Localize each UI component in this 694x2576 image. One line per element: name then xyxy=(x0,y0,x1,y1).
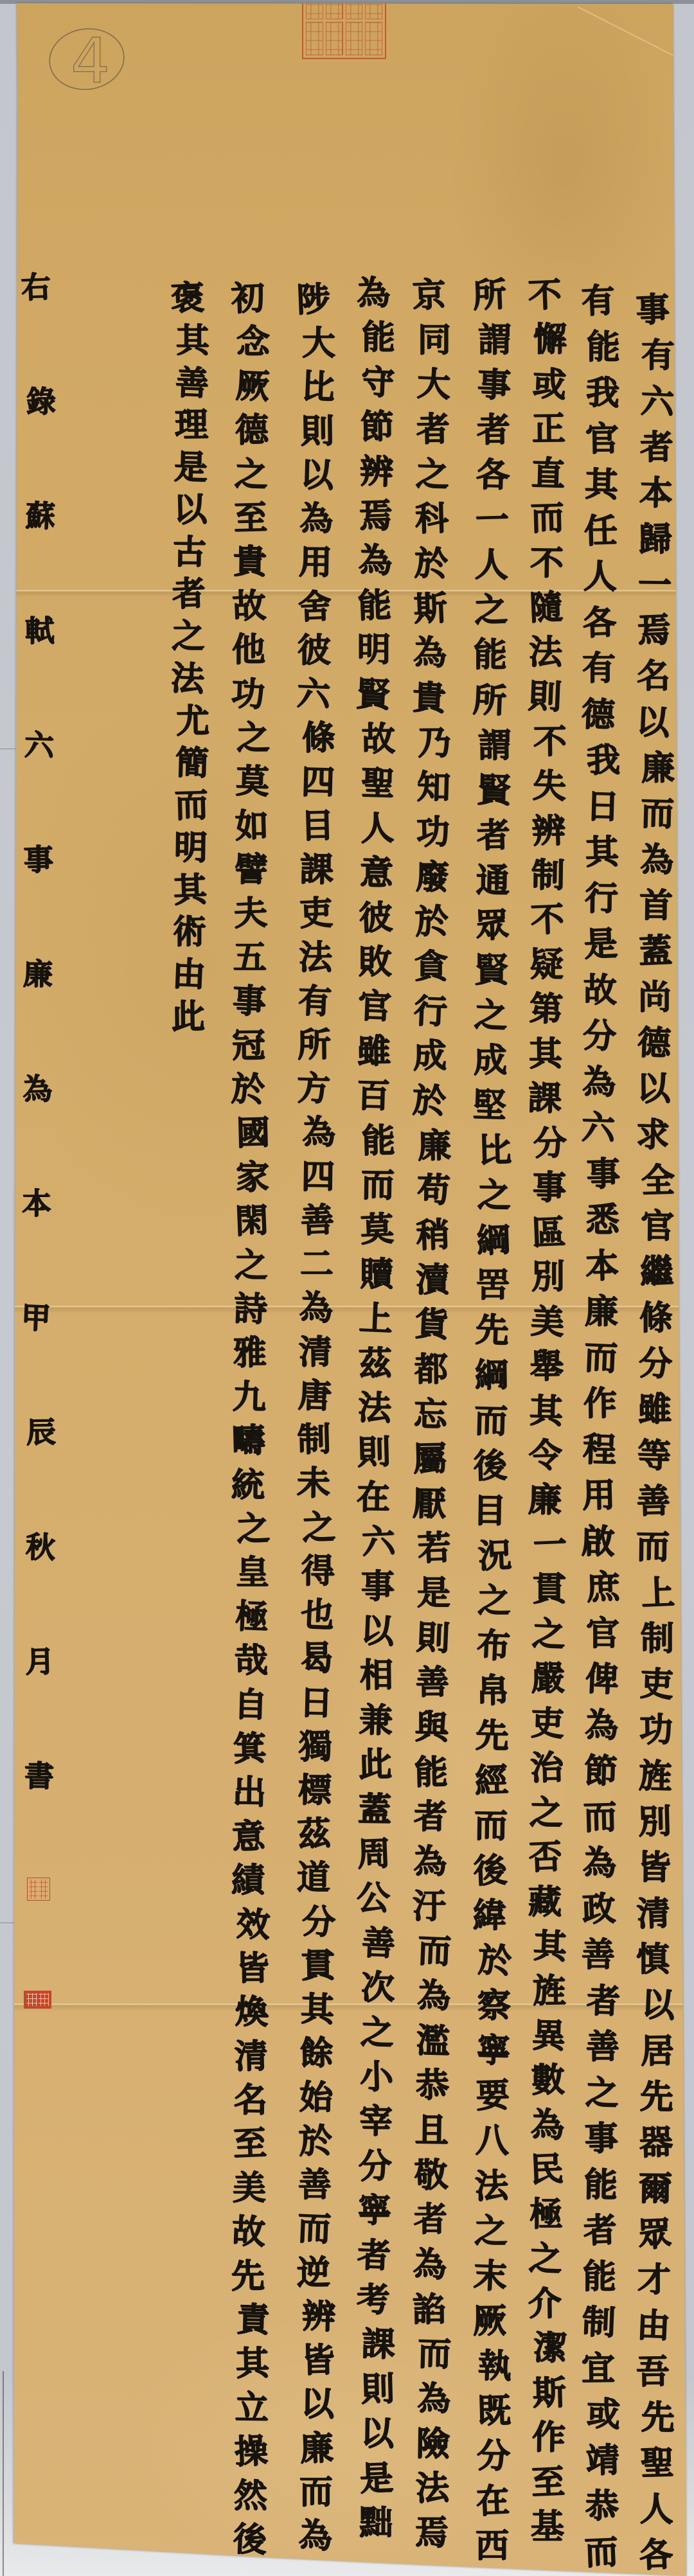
calligraphy-character: 斯 xyxy=(413,591,449,627)
calligraphy-character: 求 xyxy=(635,1117,670,1153)
calligraphy-character: 各 xyxy=(638,2537,674,2573)
calligraphy-character: 者 xyxy=(476,818,511,853)
calligraphy-character: 其 xyxy=(528,1036,564,1072)
calligraphy-character: 為 xyxy=(301,1115,336,1151)
calligraphy-character: 於 xyxy=(298,2124,334,2160)
calligraphy-character: 寧 xyxy=(357,2194,392,2228)
calligraphy-character: 之 xyxy=(474,2214,508,2249)
calligraphy-character: 恭 xyxy=(585,2489,620,2525)
calligraphy-character: 先 xyxy=(640,2400,675,2435)
calligraphy-character: 不 xyxy=(529,546,565,581)
calligraphy-character: 月 xyxy=(24,1646,55,1677)
collector-seal-top xyxy=(302,0,386,59)
calligraphy-character: 簡 xyxy=(174,746,209,781)
calligraphy-character: 以 xyxy=(635,705,671,741)
calligraphy-character: 他 xyxy=(231,633,266,668)
calligraphy-character: 基 xyxy=(530,2510,565,2545)
calligraphy-character: 考 xyxy=(356,2283,391,2318)
calligraphy-character: 焉 xyxy=(414,2516,449,2551)
calligraphy-character: 法 xyxy=(357,1390,392,1426)
calligraphy-character: 第 xyxy=(528,991,564,1027)
calligraphy-character: 疇 xyxy=(231,1423,266,1459)
calligraphy-character: 與 xyxy=(414,1710,449,1745)
calligraphy-character: 於 xyxy=(414,904,450,940)
calligraphy-character: 四 xyxy=(300,765,335,800)
calligraphy-character: 黜 xyxy=(359,2506,393,2541)
calligraphy-character: 察 xyxy=(477,1989,512,2024)
calligraphy-character: 尚 xyxy=(637,981,672,1015)
calligraphy-character: 善 xyxy=(174,365,210,401)
calligraphy-character: 自 xyxy=(233,1687,268,1723)
calligraphy-character: 所 xyxy=(472,682,508,718)
calligraphy-character: 京 xyxy=(411,278,447,314)
calligraphy-character: 能 xyxy=(586,330,621,365)
calligraphy-character: 則 xyxy=(356,1435,391,1471)
calligraphy-character: 善 xyxy=(581,1938,616,1973)
calligraphy-character: 故 xyxy=(583,973,618,1008)
calligraphy-character: 次 xyxy=(360,1971,396,2006)
calligraphy-character: 績 xyxy=(231,1863,265,1898)
calligraphy-character: 詩 xyxy=(233,1292,269,1328)
calligraphy-character: 以 xyxy=(299,457,334,493)
calligraphy-character: 名 xyxy=(233,2083,269,2119)
calligraphy-character: 汙 xyxy=(412,1890,447,1924)
calligraphy-character: 餘 xyxy=(299,2036,334,2072)
calligraphy-character: 而 xyxy=(416,2337,452,2372)
calligraphy-character: 統 xyxy=(231,1468,266,1503)
calligraphy-character: 則 xyxy=(360,2372,395,2407)
calligraphy-character: 綱 xyxy=(476,1223,512,1259)
calligraphy-character: 失 xyxy=(531,768,567,804)
calligraphy-character: 賢 xyxy=(474,954,509,988)
calligraphy-character: 為 xyxy=(639,842,674,878)
calligraphy-character: 若 xyxy=(416,1531,452,1567)
calligraphy-character: 以 xyxy=(172,492,208,528)
calligraphy-character: 在 xyxy=(475,2483,511,2519)
calligraphy-character: 政 xyxy=(581,1892,617,1928)
calligraphy-character: 法 xyxy=(298,941,333,975)
calligraphy-character: 則 xyxy=(415,1621,451,1657)
calligraphy-character: 者 xyxy=(171,576,207,612)
calligraphy-character: 爾 xyxy=(638,2171,673,2207)
calligraphy-character: 錄 xyxy=(26,386,57,417)
calligraphy-character: 日 xyxy=(585,789,620,824)
calligraphy-character: 日 xyxy=(298,1685,334,1721)
calligraphy-character: 雖 xyxy=(357,1034,392,1069)
calligraphy-character: 者 xyxy=(416,413,451,448)
calligraphy-character: 則 xyxy=(300,414,335,449)
calligraphy-character: 全 xyxy=(640,1163,675,1198)
calligraphy-character: 旌 xyxy=(532,1974,567,2009)
calligraphy-character: 器 xyxy=(638,2125,673,2160)
calligraphy-character: 贖 xyxy=(359,1257,394,1292)
calligraphy-character: 靖 xyxy=(585,2443,620,2478)
calligraphy-character: 故 xyxy=(231,589,267,625)
calligraphy-character: 茲 xyxy=(296,1817,332,1852)
calligraphy-character: 唐 xyxy=(297,1378,332,1414)
calligraphy-character: 者 xyxy=(413,1800,449,1835)
calligraphy-character: 令 xyxy=(528,1438,563,1473)
calligraphy-character: 上 xyxy=(358,1301,394,1337)
calligraphy-character: 箕 xyxy=(232,1731,267,1766)
calligraphy-character: 眾 xyxy=(474,908,510,944)
calligraphy-character: 八 xyxy=(475,2124,510,2159)
calligraphy-character: 蓋 xyxy=(637,934,673,970)
calligraphy-character: 為 xyxy=(355,276,391,312)
calligraphy-character: 於 xyxy=(477,1943,513,1979)
calligraphy-character: 分 xyxy=(357,2149,393,2185)
calligraphy-character: 大 xyxy=(301,326,336,361)
calligraphy-character: 官 xyxy=(640,1209,675,1245)
calligraphy-character: 異 xyxy=(531,2018,566,2054)
calligraphy-character: 能 xyxy=(582,2260,617,2295)
calligraphy-character: 夫 xyxy=(233,896,269,932)
calligraphy-character: 分 xyxy=(301,1905,337,1941)
calligraphy-character: 分 xyxy=(532,1126,567,1161)
calligraphy-character: 皆 xyxy=(637,1851,672,1886)
pencil-circled-number: 4 xyxy=(39,13,135,103)
calligraphy-character: 之 xyxy=(584,2075,619,2111)
calligraphy-character: 貨 xyxy=(414,1307,450,1343)
calligraphy-character: 廢 xyxy=(415,860,450,895)
calligraphy-character: 濫 xyxy=(415,2023,450,2059)
calligraphy-character: 意 xyxy=(359,856,395,891)
calligraphy-character: 帛 xyxy=(476,1673,511,1709)
scroll-paper: 4 事有六者本歸一焉名以廉而為首蓋尚德以求全官繼條分雖等善而上制吏功旌別皆清慎以… xyxy=(0,0,694,2576)
calligraphy-character: 之 xyxy=(473,998,509,1034)
calligraphy-character: 才 xyxy=(637,2263,672,2298)
calligraphy-character: 聖 xyxy=(639,2446,675,2482)
calligraphy-character: 善 xyxy=(636,1484,671,1519)
calligraphy-character: 如 xyxy=(234,808,269,844)
calligraphy-character: 之 xyxy=(477,1584,512,1619)
calligraphy-character: 綱 xyxy=(474,1358,510,1394)
calligraphy-character: 先 xyxy=(474,1313,510,1349)
calligraphy-character: 治 xyxy=(529,1750,564,1786)
calligraphy-character: 用 xyxy=(298,546,334,581)
calligraphy-character: 道 xyxy=(296,1861,331,1896)
calligraphy-character: 廉 xyxy=(22,959,54,990)
calligraphy-character: 貪 xyxy=(414,950,449,984)
calligraphy-character: 周 xyxy=(356,1836,392,1872)
calligraphy-character: 西 xyxy=(475,2529,510,2564)
calligraphy-character: 堅 xyxy=(472,1088,507,1123)
calligraphy-character: 極 xyxy=(234,1599,270,1635)
calligraphy-character: 經 xyxy=(474,1763,509,1799)
calligraphy-character: 故 xyxy=(231,2214,267,2250)
calligraphy-character: 而 xyxy=(360,1168,396,1204)
calligraphy-character: 有 xyxy=(582,652,616,686)
calligraphy-character: 術 xyxy=(172,915,207,950)
calligraphy-character: 責 xyxy=(235,2302,271,2338)
calligraphy-character: 俾 xyxy=(584,1662,620,1698)
calligraphy-character: 者 xyxy=(356,2237,392,2273)
calligraphy-character: 能 xyxy=(360,1123,396,1159)
calligraphy-character: 事 xyxy=(476,368,512,404)
calligraphy-character: 本 xyxy=(21,1188,52,1219)
calligraphy-character: 焉 xyxy=(636,613,672,649)
calligraphy-character: 褒 xyxy=(170,281,206,317)
calligraphy-character: 相 xyxy=(359,1658,395,1694)
calligraphy-character: 等 xyxy=(636,1438,672,1473)
calligraphy-character: 而 xyxy=(474,1809,509,1844)
calligraphy-character: 至 xyxy=(233,501,268,536)
calligraphy-character: 至 xyxy=(530,2464,566,2500)
calligraphy-character: 軾 xyxy=(24,615,56,646)
calligraphy-character: 吏 xyxy=(298,896,334,932)
calligraphy-character: 陟 xyxy=(296,282,332,318)
calligraphy-character: 之 xyxy=(235,1511,271,1547)
calligraphy-character: 先 xyxy=(639,2079,674,2115)
calligraphy-character: 國 xyxy=(235,1116,271,1151)
calligraphy-character: 有 xyxy=(580,283,616,319)
calligraphy-character: 有 xyxy=(641,339,675,373)
calligraphy-character: 歸 xyxy=(637,522,673,557)
calligraphy-character: 制 xyxy=(581,2305,617,2341)
calligraphy-character: 人 xyxy=(639,2492,675,2527)
calligraphy-character: 清 xyxy=(636,1896,672,1932)
calligraphy-character: 故 xyxy=(361,722,396,758)
calligraphy-character: 之 xyxy=(528,2241,564,2277)
calligraphy-character: 而 xyxy=(416,1933,452,1969)
calligraphy-character: 曷 xyxy=(299,1642,335,1677)
calligraphy-character: 為 xyxy=(582,1846,618,1881)
calligraphy-character: 居 xyxy=(640,2034,675,2069)
seal-glyph xyxy=(306,22,323,55)
calligraphy-character: 於 xyxy=(230,1072,265,1107)
calligraphy-character: 別 xyxy=(531,1260,565,1295)
calligraphy-character: 焉 xyxy=(358,499,393,534)
calligraphy-character: 節 xyxy=(583,1754,618,1790)
calligraphy-character: 而 xyxy=(639,797,675,832)
calligraphy-character: 為 xyxy=(416,1979,452,2014)
calligraphy-character: 德 xyxy=(235,413,270,449)
calligraphy-character: 執 xyxy=(477,2349,512,2384)
calligraphy-character: 為 xyxy=(413,636,447,671)
calligraphy-character: 一 xyxy=(474,503,510,538)
scroll: 4 事有六者本歸一焉名以廉而為首蓋尚德以求全官繼條分雖等善而上制吏功旌別皆清慎以… xyxy=(0,0,694,2576)
calligraphy-character: 以 xyxy=(300,2387,335,2422)
calligraphy-character: 之 xyxy=(414,457,450,492)
calligraphy-character: 繼 xyxy=(639,1254,675,1290)
calligraphy-character: 本 xyxy=(584,1248,620,1284)
calligraphy-character: 比 xyxy=(477,1133,512,1168)
calligraphy-character: 其 xyxy=(175,324,210,359)
calligraphy-character: 而 xyxy=(473,1403,508,1439)
calligraphy-character: 立 xyxy=(235,2390,270,2426)
calligraphy-character: 聖 xyxy=(360,767,395,802)
calligraphy-character: 旌 xyxy=(637,1759,673,1794)
calligraphy-character: 法 xyxy=(528,635,563,670)
calligraphy-column-3: 不懈或正直而不隨法則不失辨制不疑第其課分事區別美舉其令廉一貫之嚴吏治之否藏其旌異… xyxy=(530,278,565,2545)
calligraphy-character: 吏 xyxy=(639,1667,675,1703)
calligraphy-character: 逆 xyxy=(296,2255,332,2291)
calligraphy-character: 貫 xyxy=(532,1572,567,1607)
calligraphy-character: 厥 xyxy=(472,2304,508,2339)
calligraphy-character: 以 xyxy=(636,1072,672,1107)
calligraphy-character: 比 xyxy=(300,369,336,405)
calligraphy-character: 明 xyxy=(173,831,209,866)
calligraphy-character: 以 xyxy=(359,1613,395,1649)
calligraphy-character: 其 xyxy=(528,1394,564,1429)
calligraphy-character: 否 xyxy=(528,1840,564,1876)
calligraphy-character: 之 xyxy=(234,1248,269,1283)
calligraphy-character: 吾 xyxy=(636,2354,671,2390)
calligraphy-character: 別 xyxy=(637,1804,672,1840)
calligraphy-character: 閑 xyxy=(234,1204,270,1239)
calligraphy-character: 忘 xyxy=(413,1397,448,1432)
calligraphy-character: 其 xyxy=(299,1992,335,2027)
calligraphy-character: 乃 xyxy=(417,725,452,761)
calligraphy-character: 知 xyxy=(416,770,451,806)
calligraphy-character: 課 xyxy=(299,853,335,888)
calligraphy-character: 出 xyxy=(232,1775,267,1811)
calligraphy-character: 目 xyxy=(472,1493,508,1529)
calligraphy-character: 名 xyxy=(636,659,671,694)
calligraphy-character: 險 xyxy=(416,2426,451,2462)
calligraphy-character: 五 xyxy=(233,941,267,975)
calligraphy-character: 事 xyxy=(583,2122,619,2157)
seal-glyph xyxy=(326,0,343,19)
calligraphy-character: 事 xyxy=(585,1157,621,1192)
calligraphy-character: 以 xyxy=(360,2417,395,2452)
calligraphy-character: 官 xyxy=(585,422,620,457)
calligraphy-character: 為 xyxy=(412,1844,448,1880)
calligraphy-character: 程 xyxy=(582,1432,617,1468)
calligraphy-character: 緯 xyxy=(472,1899,507,1933)
calligraphy-character: 不 xyxy=(527,278,563,314)
pencil-number: 4 xyxy=(71,25,110,97)
calligraphy-character: 本 xyxy=(638,475,673,511)
calligraphy-character: 諂 xyxy=(412,2292,447,2327)
seal-glyph xyxy=(365,0,382,19)
artist-seal-outline xyxy=(27,1878,50,1901)
calligraphy-character: 不 xyxy=(529,902,565,938)
calligraphy-character: 敬 xyxy=(413,2158,449,2194)
calligraphy-character: 厥 xyxy=(235,369,271,405)
calligraphy-character: 之 xyxy=(236,721,271,756)
calligraphy-character: 事 xyxy=(231,984,267,1020)
calligraphy-character: 辨 xyxy=(531,813,566,849)
calligraphy-character: 者 xyxy=(639,431,675,466)
calligraphy-character: 極 xyxy=(529,2198,564,2232)
calligraphy-character: 所 xyxy=(297,1028,332,1063)
calligraphy-character: 始 xyxy=(299,2080,334,2115)
calligraphy-character: 之 xyxy=(359,2015,395,2050)
calligraphy-character: 宜 xyxy=(581,2352,616,2387)
seal-glyph xyxy=(39,1879,48,1899)
calligraphy-character: 懈 xyxy=(533,323,567,357)
calligraphy-character: 嚴 xyxy=(531,1662,566,1697)
calligraphy-character: 標 xyxy=(298,1773,333,1809)
calligraphy-character: 我 xyxy=(586,743,621,779)
calligraphy-character: 各 xyxy=(475,457,510,493)
calligraphy-character: 其 xyxy=(172,873,208,909)
calligraphy-character: 謂 xyxy=(477,323,512,358)
seal-glyph xyxy=(29,1879,38,1899)
calligraphy-character: 辰 xyxy=(26,1417,57,1448)
calligraphy-character: 賢 xyxy=(355,677,391,713)
calligraphy-character: 後 xyxy=(472,1853,508,1889)
calligraphy-character: 制 xyxy=(640,1622,675,1657)
calligraphy-column-6: 為能守節辨焉為能明賢故聖人意彼敗官雖百能而莫贖上茲法則在六事以相兼此蓋周公善次之… xyxy=(359,276,393,2541)
calligraphy-character: 制 xyxy=(296,1422,332,1457)
calligraphy-character: 且 xyxy=(414,2113,450,2149)
calligraphy-character: 此 xyxy=(171,1000,206,1035)
calligraphy-character: 而 xyxy=(299,2475,334,2510)
calligraphy-character: 吏 xyxy=(529,1706,565,1741)
calligraphy-character: 人 xyxy=(359,811,395,846)
calligraphy-character: 為 xyxy=(298,1290,334,1326)
calligraphy-character: 分 xyxy=(637,1346,673,1382)
calligraphy-character: 為 xyxy=(358,544,393,579)
calligraphy-character: 法 xyxy=(474,2168,510,2204)
calligraphy-character: 課 xyxy=(527,1081,562,1117)
calligraphy-character: 四 xyxy=(301,1159,336,1195)
calligraphy-character: 為 xyxy=(412,2247,448,2283)
calligraphy-character: 善 xyxy=(360,1926,396,1962)
calligraphy-character: 於 xyxy=(411,1083,447,1119)
calligraphy-character: 然 xyxy=(233,2479,268,2514)
calligraphy-character: 為 xyxy=(298,501,334,537)
calligraphy-character: 上 xyxy=(640,1575,676,1611)
calligraphy-character: 而 xyxy=(296,2211,332,2247)
calligraphy-character: 況 xyxy=(477,1538,513,1574)
calligraphy-character: 則 xyxy=(527,679,563,715)
calligraphy-character: 同 xyxy=(417,323,452,358)
calligraphy-character: 是 xyxy=(583,927,619,963)
calligraphy-character: 以 xyxy=(640,1987,676,2023)
calligraphy-character: 條 xyxy=(301,721,337,756)
calligraphy-character: 意 xyxy=(231,1819,267,1855)
calligraphy-character: 功 xyxy=(415,815,450,850)
calligraphy-character: 清 xyxy=(298,1335,334,1370)
calligraphy-character: 秋 xyxy=(24,1531,56,1563)
calligraphy-character: 九 xyxy=(231,1380,267,1415)
calligraphy-character: 不 xyxy=(533,724,568,759)
calligraphy-character: 疑 xyxy=(529,948,564,982)
calligraphy-character: 其 xyxy=(532,1929,568,1965)
calligraphy-column-1: 事有六者本歸一焉名以廉而為首蓋尚德以求全官繼條分雖等善而上制吏功旌別皆清慎以居先… xyxy=(638,293,673,2573)
calligraphy-character: 古 xyxy=(172,535,208,570)
calligraphy-character: 能 xyxy=(361,321,396,355)
calligraphy-character: 而 xyxy=(583,2535,619,2571)
calligraphy-character: 數 xyxy=(530,2063,565,2099)
calligraphy-character: 直 xyxy=(530,456,565,492)
calligraphy-column-5: 京同大者之科於斯為貴乃知功廢於貪行成於廉苟稍瀆貨都忘屬厭若是則善與能者為汙而為濫… xyxy=(414,278,449,2551)
calligraphy-character: 此 xyxy=(357,1747,393,1782)
calligraphy-character: 謂 xyxy=(477,728,513,763)
calligraphy-character: 譬 xyxy=(234,853,269,888)
calligraphy-character: 廉 xyxy=(416,1128,452,1164)
calligraphy-character: 善 xyxy=(298,2168,332,2203)
calligraphy-character: 廉 xyxy=(299,2430,335,2466)
calligraphy-character: 皆 xyxy=(300,2343,335,2378)
calligraphy-column-9: 褒其善理是以古者之法尤簡而明其術由此 xyxy=(173,281,208,1035)
calligraphy-character: 是 xyxy=(173,450,208,485)
calligraphy-character: 罟 xyxy=(476,1268,510,1303)
calligraphy-character: 由 xyxy=(171,957,207,993)
fold-crease-diagonal xyxy=(578,6,693,66)
calligraphy-character: 者 xyxy=(585,1984,621,2020)
calligraphy-character: 尤 xyxy=(175,704,211,739)
calligraphy-character: 莫 xyxy=(235,765,270,800)
calligraphy-character: 蓋 xyxy=(357,1792,393,1827)
calligraphy-character: 科 xyxy=(414,502,449,537)
calligraphy-character: 或 xyxy=(585,2397,621,2433)
calligraphy-character: 於 xyxy=(414,547,449,582)
calligraphy-character: 用 xyxy=(581,1479,616,1514)
